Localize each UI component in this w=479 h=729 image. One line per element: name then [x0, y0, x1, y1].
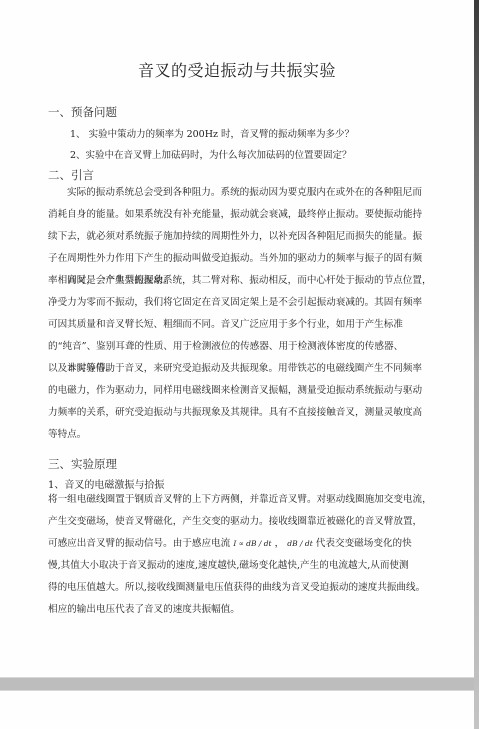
text-fragment: 可感应出音叉臂的振动信号。由于感应电流	[48, 538, 230, 549]
text-line: 力频率的关系，研究受迫振动与共振现象及其规律。具有不直接接触音叉，测量灵敏度高	[48, 402, 424, 424]
text-line: 实际的振动系统总会受到各种阻力。系统的振动因为要克服内在或外在的各种阻尼而	[48, 182, 424, 204]
vertical-scrollbar[interactable]	[474, 0, 479, 729]
text-line: 本实验借助于音叉，来研究受迫振动及共振现象。用带铁芯的电磁线圈产生不同频率	[48, 358, 424, 380]
text-line: 相应的输出电压代表了音叉的速度共振幅值。	[48, 599, 424, 621]
document-page-1: 音叉的受迫振动与共振实验 一、预备问题 1、 实验中策动力的频率为 200Hz …	[0, 0, 474, 677]
document-page-2	[0, 691, 474, 729]
question-2: 2、实验中在音叉臂上加砝码时，为什么每次加砝码的位置要固定？	[70, 147, 352, 161]
section-heading-introduction: 二、引言	[48, 167, 94, 183]
text-line: 产生交变磁场，使音叉臂磁化，产生交变的驱动力。接收线圈靠近被磁化的音叉臂放置，	[48, 511, 424, 533]
text-line: 的“纯音”、鉴别耳聋的性质、用于检测液位的传感器、用于检测液体密度的传感器、	[48, 336, 424, 358]
text-line: 将一组电磁线圈置于钢质音叉臂的上下方两侧，并靠近音叉臂。对驱动线圈施加交变电流，	[48, 489, 424, 511]
question-1: 1、 实验中策动力的频率为 200Hz 时，音叉臂的振动频率为多少？	[70, 126, 354, 140]
formula-induced-current: I ∝ dB / dt	[233, 539, 271, 548]
text-line: 续下去，就必须对系统振子施加持续的周期性外力，以补充因各种阻尼而损失的能量。振	[48, 226, 424, 248]
page-separator	[0, 677, 479, 691]
text-fragment: ，	[275, 538, 285, 549]
text-line: 子在周期性外力作用下产生的振动叫做受迫振动。当外加的驱动力的频率与振子的固有频	[48, 248, 424, 270]
page-title: 音叉的受迫振动与共振实验	[0, 58, 474, 81]
formula-db-dt: dB / dt	[287, 539, 312, 548]
text-line: 音叉是一个典型的振动系统，其二臂对称、振动相反，而中心杆处于振动的节点位置，	[48, 270, 424, 292]
text-line: 慢,其值大小取决于音叉振动的速度,速度越快,磁场变化越快,产生的电流越大,从而使…	[48, 555, 424, 577]
text-line: 净受力为零而不振动，我们将它固定在音叉固定架上是不会引起振动衰减的。其固有频率	[48, 292, 424, 314]
text-line: 等特点。	[48, 424, 424, 446]
section-heading-principle: 三、实验原理	[48, 456, 117, 472]
section-heading-preparation: 一、预备问题	[48, 104, 117, 120]
text-line: 消耗自身的能量。如果系统没有补充能量，振动就会衰减，最终停止振动。要使振动能持	[48, 204, 424, 226]
text-line: 的电磁力，作为驱动力，同样用电磁线圈来检测音叉振幅，测量受迫振动系统振动与驱动	[48, 380, 424, 402]
text-fragment: 代表交变磁场变化的快	[316, 538, 412, 549]
text-line: 可因其质量和音叉臂长短、粗细而不同。音叉广泛应用于多个行业，如用于产生标准	[48, 314, 424, 336]
intro-paragraph-3: 本实验借助于音叉，来研究受迫振动及共振现象。用带铁芯的电磁线圈产生不同频率 的电…	[48, 358, 424, 446]
text-line-with-formula: 可感应出音叉臂的振动信号。由于感应电流 I ∝ dB / dt ， dB / d…	[48, 533, 424, 555]
principle-paragraph: 将一组电磁线圈置于钢质音叉臂的上下方两侧，并靠近音叉臂。对驱动线圈施加交变电流，…	[48, 489, 424, 621]
text-line: 得的电压值越大。所以,接收线圈测量电压值获得的曲线为音叉受迫振动的速度共振曲线。	[48, 577, 424, 599]
